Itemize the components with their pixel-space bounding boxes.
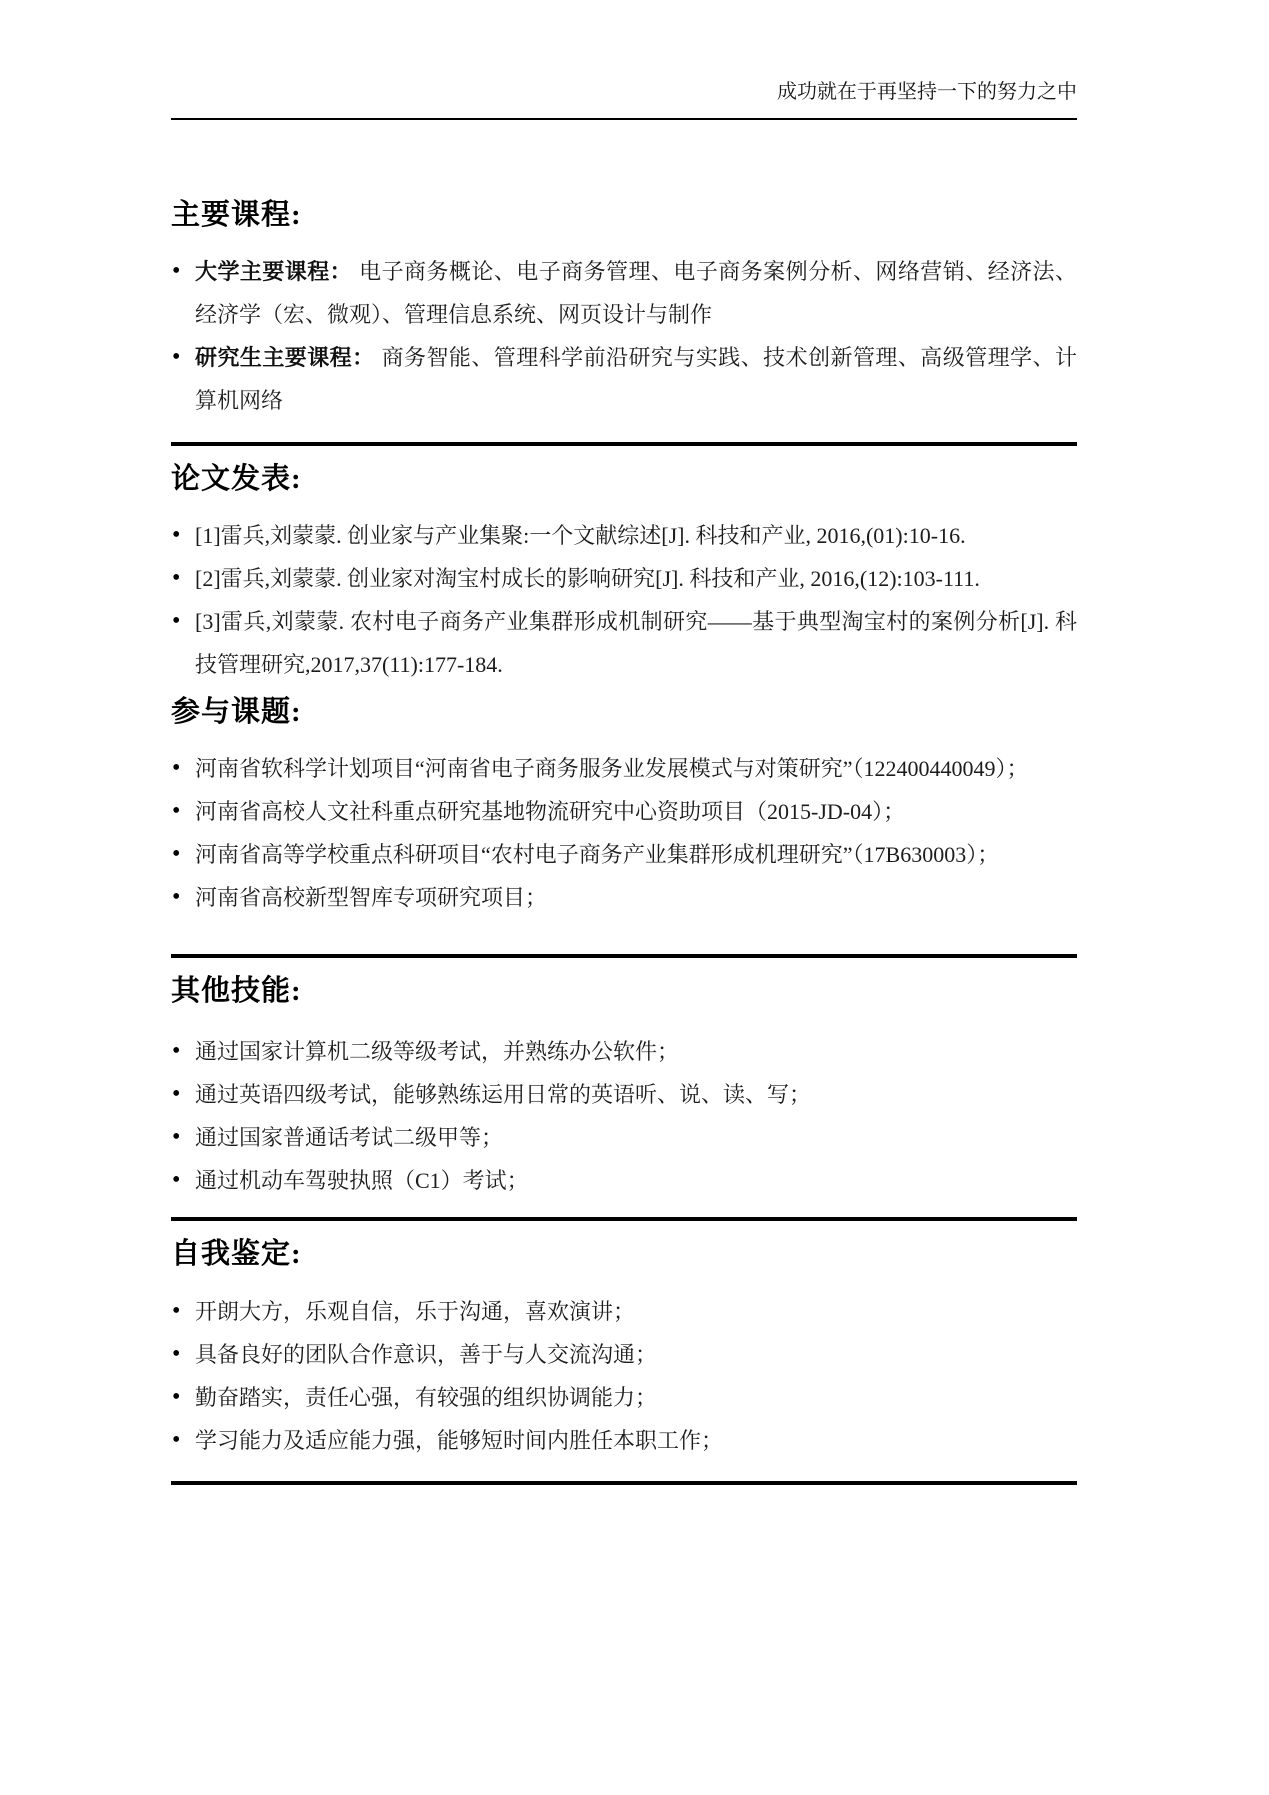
- list-item: • [3]雷兵,刘蒙蒙. 农村电子商务产业集群形成机制研究——基于典型淘宝村的案…: [171, 600, 1077, 686]
- item-text: 通过国家普通话考试二级甲等；: [195, 1125, 503, 1150]
- section-title-projects: 参与课题:: [171, 697, 1077, 727]
- bullet-icon: •: [172, 1159, 180, 1202]
- page-content: 成功就在于再坚持一下的努力之中 主要课程: • 大学主要课程：电子商务概论、电子…: [171, 0, 1077, 1485]
- item-text: [3]雷兵,刘蒙蒙. 农村电子商务产业集群形成机制研究——基于典型淘宝村的案例分…: [195, 609, 1077, 677]
- section-title-courses: 主要课程:: [171, 200, 1077, 230]
- bullet-icon: •: [172, 1419, 180, 1462]
- list-item: • 开朗大方，乐观自信，乐于沟通，喜欢演讲；: [171, 1290, 1077, 1333]
- list-item: • 具备良好的团队合作意识，善于与人交流沟通；: [171, 1333, 1077, 1376]
- section-title-self: 自我鉴定:: [171, 1239, 1077, 1269]
- bullet-icon: •: [172, 1073, 180, 1116]
- bullet-icon: •: [172, 876, 180, 919]
- bullet-icon: •: [172, 1116, 180, 1159]
- section-divider: [171, 442, 1077, 446]
- bullet-icon: •: [172, 600, 180, 643]
- list-item: • [2]雷兵,刘蒙蒙. 创业家对淘宝村成长的影响研究[J]. 科技和产业, 2…: [171, 557, 1077, 600]
- bullet-icon: •: [172, 1030, 180, 1073]
- list-item: • [1]雷兵,刘蒙蒙. 创业家与产业集聚:一个文献综述[J]. 科技和产业, …: [171, 514, 1077, 557]
- item-text: 通过国家计算机二级等级考试，并熟练办公软件；: [195, 1039, 679, 1064]
- list-item: • 河南省软科学计划项目“河南省电子商务服务业发展模式与对策研究”（122400…: [171, 747, 1077, 790]
- section-divider: [171, 954, 1077, 958]
- document-page: 成功就在于再坚持一下的努力之中 主要课程: • 大学主要课程：电子商务概论、电子…: [0, 0, 1269, 1795]
- list-item: • 通过国家普通话考试二级甲等；: [171, 1116, 1077, 1159]
- item-label: 研究生主要课程：: [195, 345, 375, 370]
- item-text: [2]雷兵,刘蒙蒙. 创业家对淘宝村成长的影响研究[J]. 科技和产业, 201…: [195, 566, 980, 591]
- bullet-icon: •: [172, 336, 180, 379]
- list-item: • 研究生主要课程：商务智能、管理科学前沿研究与实践、技术创新管理、高级管理学、…: [171, 336, 1077, 422]
- item-text: 河南省高校人文社科重点研究基地物流研究中心资助项目（2015-JD-04）；: [195, 799, 905, 824]
- bullet-icon: •: [172, 557, 180, 600]
- courses-list: • 大学主要课程：电子商务概论、电子商务管理、电子商务案例分析、网络营销、经济法…: [171, 250, 1077, 422]
- item-text: 河南省软科学计划项目“河南省电子商务服务业发展模式与对策研究”（12240044…: [195, 756, 1029, 781]
- item-text: 具备良好的团队合作意识，善于与人交流沟通；: [195, 1342, 657, 1367]
- papers-list: • [1]雷兵,刘蒙蒙. 创业家与产业集聚:一个文献综述[J]. 科技和产业, …: [171, 514, 1077, 686]
- list-item: • 通过机动车驾驶执照（C1）考试；: [171, 1159, 1077, 1202]
- bullet-icon: •: [172, 250, 180, 293]
- section-divider: [171, 1481, 1077, 1485]
- item-text: 勤奋踏实，责任心强，有较强的组织协调能力；: [195, 1385, 657, 1410]
- skills-list: • 通过国家计算机二级等级考试，并熟练办公软件； • 通过英语四级考试，能够熟练…: [171, 1030, 1077, 1202]
- bullet-icon: •: [172, 747, 180, 790]
- list-item: • 河南省高校人文社科重点研究基地物流研究中心资助项目（2015-JD-04）；: [171, 790, 1077, 833]
- projects-list: • 河南省软科学计划项目“河南省电子商务服务业发展模式与对策研究”（122400…: [171, 747, 1077, 919]
- section-title-papers: 论文发表:: [171, 464, 1077, 494]
- item-label: 大学主要课程：: [195, 259, 352, 284]
- section-divider: [171, 1217, 1077, 1221]
- header-motto: 成功就在于再坚持一下的努力之中: [777, 81, 1077, 103]
- bullet-icon: •: [172, 1376, 180, 1419]
- item-text: 开朗大方，乐观自信，乐于沟通，喜欢演讲；: [195, 1299, 635, 1324]
- list-item: • 勤奋踏实，责任心强，有较强的组织协调能力；: [171, 1376, 1077, 1419]
- page-header: 成功就在于再坚持一下的努力之中: [171, 0, 1077, 120]
- item-text: 通过英语四级考试，能够熟练运用日常的英语听、说、读、写；: [195, 1082, 811, 1107]
- item-text: 河南省高校新型智库专项研究项目；: [195, 885, 547, 910]
- list-item: • 河南省高等学校重点科研项目“农村电子商务产业集群形成机理研究”（17B630…: [171, 833, 1077, 876]
- self-list: • 开朗大方，乐观自信，乐于沟通，喜欢演讲； • 具备良好的团队合作意识，善于与…: [171, 1290, 1077, 1462]
- bullet-icon: •: [172, 1290, 180, 1333]
- list-item: • 大学主要课程：电子商务概论、电子商务管理、电子商务案例分析、网络营销、经济法…: [171, 250, 1077, 336]
- list-item: • 学习能力及适应能力强，能够短时间内胜任本职工作；: [171, 1419, 1077, 1462]
- item-text: 河南省高等学校重点科研项目“农村电子商务产业集群形成机理研究”（17B63000…: [195, 842, 999, 867]
- list-item: • 河南省高校新型智库专项研究项目；: [171, 876, 1077, 919]
- bullet-icon: •: [172, 1333, 180, 1376]
- bullet-icon: •: [172, 790, 180, 833]
- bullet-icon: •: [172, 833, 180, 876]
- item-text: 通过机动车驾驶执照（C1）考试；: [195, 1168, 529, 1193]
- item-text: 学习能力及适应能力强，能够短时间内胜任本职工作；: [195, 1428, 723, 1453]
- section-title-skills: 其他技能:: [171, 976, 1077, 1006]
- bullet-icon: •: [172, 514, 180, 557]
- item-text: [1]雷兵,刘蒙蒙. 创业家与产业集聚:一个文献综述[J]. 科技和产业, 20…: [195, 523, 966, 548]
- list-item: • 通过国家计算机二级等级考试，并熟练办公软件；: [171, 1030, 1077, 1073]
- list-item: • 通过英语四级考试，能够熟练运用日常的英语听、说、读、写；: [171, 1073, 1077, 1116]
